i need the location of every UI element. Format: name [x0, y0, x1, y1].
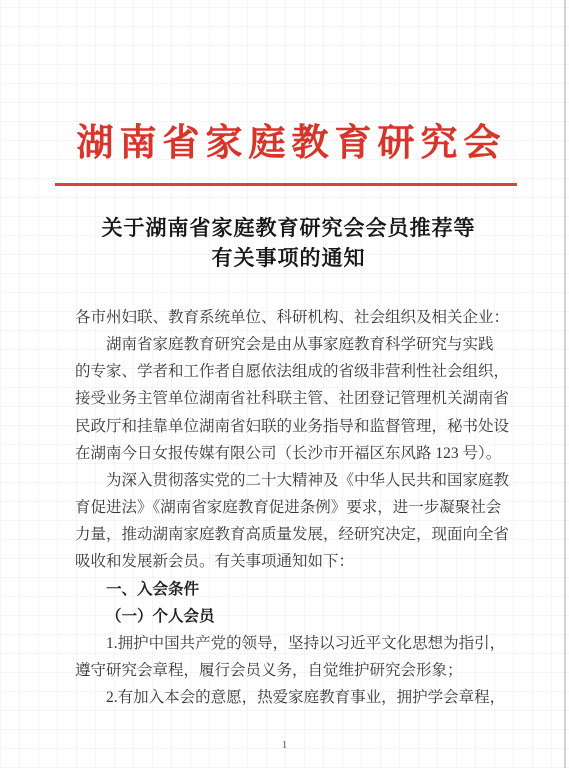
document-title: 关于湖南省家庭教育研究会会员推荐等 有关事项的通知 [0, 213, 569, 273]
scanned-notice-page: 湖南省家庭教育研究会 关于湖南省家庭教育研究会会员推荐等 有关事项的通知 各市州… [0, 0, 569, 768]
body-line: 民政厅和挂靠单位湖南省妇联的业务指导和监督管理，秘书处设 [75, 413, 523, 440]
body-line: 在湖南今日女报传媒有限公司（长沙市开福区东风路 123 号）。 [75, 440, 523, 467]
list-item-1: 1.拥护中国共产党的领导，坚持以习近平文化思想为指引， [75, 630, 523, 657]
subsection-heading-individual-member: （一）个人会员 [75, 603, 523, 630]
letterhead-org-name: 湖南省家庭教育研究会 [0, 122, 569, 166]
document-title-line1: 关于湖南省家庭教育研究会会员推荐等 [8, 213, 569, 243]
body-line: 吸收和发展新会员。有关事项通知如下： [75, 548, 523, 575]
body-line: 的专家、学者和工作者自愿依法组成的省级非营利性社会组织， [75, 358, 523, 385]
document-title-line2: 有关事项的通知 [8, 243, 569, 273]
body-line: 力量，推动湖南家庭教育高质量发展，经研究决定，现面向全省 [75, 521, 523, 548]
page-number: 1 [0, 738, 569, 752]
scan-edge-artifact [564, 0, 566, 768]
body-line: 为深入贯彻落实党的二十大精神及《中华人民共和国家庭教 [75, 467, 523, 494]
section-heading-membership-conditions: 一、入会条件 [75, 576, 523, 603]
letterhead-divider-rule [55, 183, 517, 186]
document-body: 各市州妇联、教育系统单位、科研机构、社会组织及相关企业： 湖南省家庭教育研究会是… [75, 304, 523, 711]
body-line: 湖南省家庭教育研究会是由从事家庭教育科学研究与实践 [75, 331, 523, 358]
body-line: 遵守研究会章程，履行会员义务，自觉维护研究会形象； [75, 657, 523, 684]
body-line: 育促进法》《湖南省家庭教育促进条例》要求，进一步凝聚社会 [75, 494, 523, 521]
body-line: 接受业务主管单位湖南省社科联主管、社团登记管理机关湖南省 [75, 385, 523, 412]
salutation-line: 各市州妇联、教育系统单位、科研机构、社会组织及相关企业： [75, 304, 523, 331]
list-item-2: 2.有加入本会的意愿，热爱家庭教育事业，拥护学会章程， [75, 684, 523, 711]
